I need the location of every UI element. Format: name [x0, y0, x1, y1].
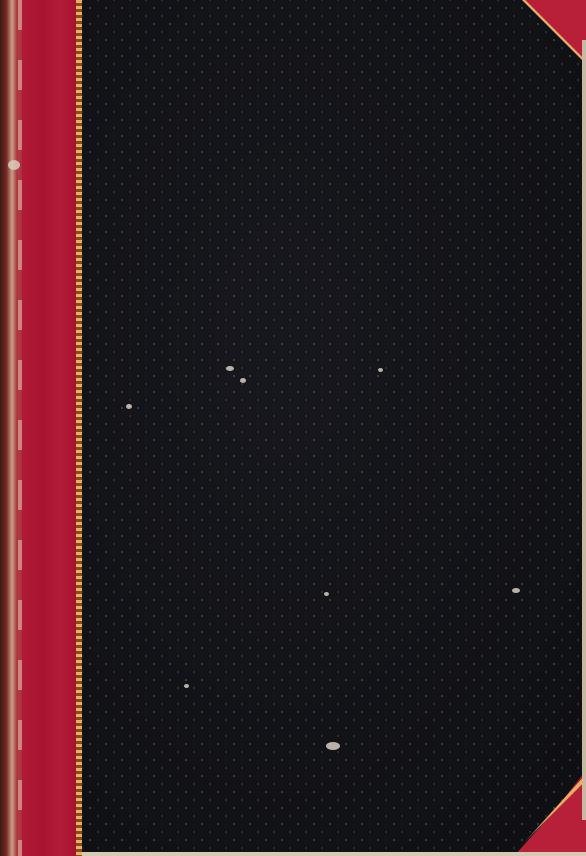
page-edge-right	[582, 40, 586, 820]
scuff-mark	[324, 592, 329, 596]
scuff-mark	[184, 684, 189, 688]
book-cover	[0, 0, 586, 856]
scuff-mark	[512, 588, 520, 593]
page-edge-bottom	[82, 852, 586, 856]
scuff-mark	[226, 366, 234, 371]
cloth-shading	[82, 0, 582, 852]
gilt-rule-line	[76, 0, 82, 856]
scuff-mark	[326, 742, 340, 750]
scuff-mark	[240, 378, 246, 383]
leather-spine-strip	[22, 0, 76, 856]
scuff-mark	[378, 368, 383, 372]
scuff-mark	[8, 160, 20, 170]
scuff-mark	[126, 404, 132, 409]
